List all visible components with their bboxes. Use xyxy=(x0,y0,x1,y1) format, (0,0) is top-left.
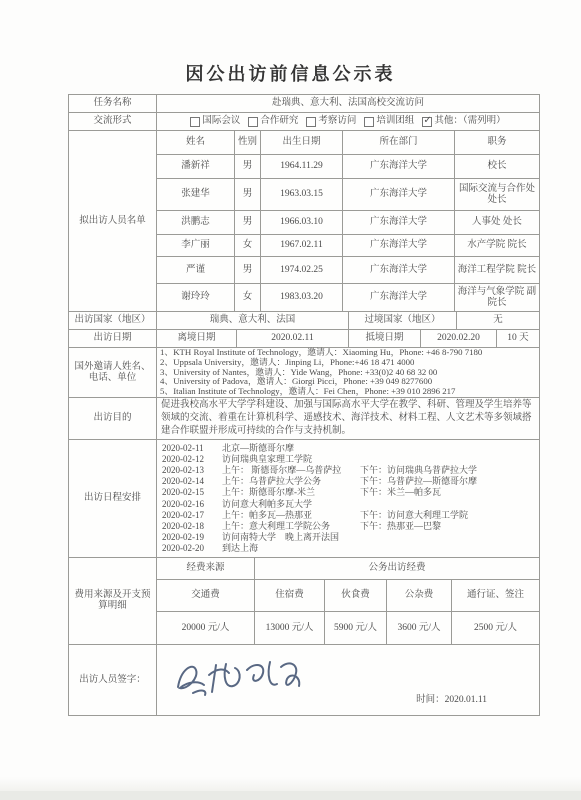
personnel-row-cell: 1964.11.29 xyxy=(261,155,343,178)
personnel-label: 拟出访人员名单 xyxy=(69,131,157,311)
personnel-row: 严谨男1974.02.25广东海洋大学海洋工程学院 院长 xyxy=(157,257,539,284)
task-name-value: 赴瑞典、意大利、法国高校交流访问 xyxy=(157,95,539,112)
countries-value: 瑞典、意大利、法国 xyxy=(157,312,349,329)
personnel-row-cell: 广东海洋大学 xyxy=(343,179,455,210)
personnel-row-cell: 国际交流与合作处 处长 xyxy=(455,179,539,210)
form-table: 任务名称 赴瑞典、意大利、法国高校交流访问 交流形式 国际会议合作研究考察访问培… xyxy=(68,94,540,716)
itinerary-line: 2020-02-15上午：斯德哥尔摩-米兰下午：米兰—帕多瓦 xyxy=(162,487,539,498)
itinerary-date: 2020-02-13 xyxy=(162,465,222,476)
arrive-date-label: 抵境日期 xyxy=(349,330,421,347)
itinerary-morning: 上午：帕多瓦—热那亚 xyxy=(222,510,312,520)
personnel-row-cell: 校长 xyxy=(455,155,539,178)
inviter-line: 5、Italian Institute of Technology，邀请人：Fe… xyxy=(160,387,536,397)
itinerary-line: 2020-02-19访问南特大学 晚上离开法国 xyxy=(162,532,539,543)
signature-time-label: 时间： xyxy=(416,695,445,705)
budget-table: 经费来源 公务出访经费 交通费住宿费伙食费公杂费通行证、签注 20000 元/人… xyxy=(157,558,539,644)
personnel-header-cell: 出生日期 xyxy=(261,131,343,154)
checkbox-icon xyxy=(190,117,200,127)
personnel-row-cell: 1983.03.20 xyxy=(261,284,343,311)
personnel-header: 姓名性别出生日期所在部门职务 xyxy=(157,131,539,155)
row-itinerary: 出访日程安排 2020-02-11北京—斯德哥尔摩2020-02-12访问瑞典皇… xyxy=(69,440,539,558)
personnel-row: 潘新祥男1964.11.29广东海洋大学校长 xyxy=(157,155,539,179)
itinerary-line: 2020-02-16访问意大利帕多瓦大学 xyxy=(162,499,539,510)
purpose-label: 出访目的 xyxy=(69,398,157,439)
budget-value-cell: 3600 元/人 xyxy=(387,612,452,644)
personnel-row-cell: 1966.03.10 xyxy=(261,211,343,234)
personnel-row: 张建华男1963.03.15广东海洋大学国际交流与合作处 处长 xyxy=(157,179,539,211)
personnel-table: 姓名性别出生日期所在部门职务潘新祥男1964.11.29广东海洋大学校长张建华男… xyxy=(157,131,539,311)
itinerary-line: 2020-02-17上午：帕多瓦—热那亚下午：访问意大利理工学院 xyxy=(162,510,539,521)
itinerary-line: 2020-02-18上午：意大利理工学院公务下午：热那亚—巴黎 xyxy=(162,521,539,532)
budget-source-row: 经费来源 公务出访经费 xyxy=(157,558,539,580)
itinerary-afternoon: 下午：访问意大利理工学院 xyxy=(360,510,468,521)
itinerary-date: 2020-02-20 xyxy=(162,543,222,554)
itinerary-date: 2020-02-19 xyxy=(162,532,222,543)
itinerary-date: 2020-02-12 xyxy=(162,454,222,465)
budget-header-cell: 公杂费 xyxy=(387,580,452,611)
itinerary-line: 2020-02-20到达上海 xyxy=(162,543,539,554)
exchange-option-label: 国际会议 xyxy=(202,116,240,127)
row-signature: 出访人员签字： 时间：2020.01.11 xyxy=(69,645,539,715)
scanned-document-page: 因公出访前信息公示表 任务名称 赴瑞典、意大利、法国高校交流访问 交流形式 国际… xyxy=(0,0,581,800)
signature-area: 时间：2020.01.11 xyxy=(157,645,539,715)
personnel-header-cell: 职务 xyxy=(455,131,539,154)
page-title: 因公出访前信息公示表 xyxy=(0,60,581,86)
personnel-row: 李广丽女1967.02.11广东海洋大学水产学院 院长 xyxy=(157,235,539,257)
row-countries: 出访国家（地区） 瑞典、意大利、法国 过境国家（地区） 无 xyxy=(69,312,539,330)
personnel-row-cell: 广东海洋大学 xyxy=(343,211,455,234)
exchange-form-label: 交流形式 xyxy=(69,113,157,130)
exchange-option: 考察访问 xyxy=(306,116,356,127)
exchange-option: 国际会议 xyxy=(190,116,240,127)
personnel-header-cell: 所在部门 xyxy=(343,131,455,154)
exchange-option-label: 培训团组 xyxy=(376,116,414,127)
personnel-row-cell: 张建华 xyxy=(157,179,235,210)
budget-value-cell: 13000 元/人 xyxy=(255,612,325,644)
purpose-text: 促进我校高水平大学学科建设、加强与国际高水平大学在教学、科研、管理及学生培养等领… xyxy=(157,398,539,439)
personnel-row-cell: 水产学院 院长 xyxy=(455,235,539,256)
itinerary-date: 2020-02-18 xyxy=(162,521,222,532)
personnel-row-cell: 严谨 xyxy=(157,257,235,283)
depart-date-label: 离境日期 xyxy=(157,330,237,347)
itinerary-morning: 上午：意大利理工学院公务 xyxy=(222,521,330,531)
row-purpose: 出访目的 促进我校高水平大学学科建设、加强与国际高水平大学在教学、科研、管理及学… xyxy=(69,398,539,440)
personnel-row-cell: 广东海洋大学 xyxy=(343,235,455,256)
personnel-row-cell: 男 xyxy=(235,211,261,234)
itinerary-morning: 访问南特大学 晚上离开法国 xyxy=(222,532,339,542)
countries-label: 出访国家（地区） xyxy=(69,312,157,329)
itinerary-date: 2020-02-15 xyxy=(162,487,222,498)
depart-date-value: 2020.02.11 xyxy=(237,330,349,347)
personnel-row-cell: 海洋工程学院 院长 xyxy=(455,257,539,283)
personnel-row-cell: 潘新祥 xyxy=(157,155,235,178)
itinerary-afternoon: 下午：乌普萨拉—斯德哥尔摩 xyxy=(360,476,477,487)
itinerary-morning: 到达上海 xyxy=(222,543,258,553)
personnel-row: 洪鹏志男1966.03.10广东海洋大学人事处 处长 xyxy=(157,211,539,235)
budget-source-label: 经费来源 xyxy=(157,558,255,579)
budget-header-row: 交通费住宿费伙食费公杂费通行证、签注 xyxy=(157,580,539,612)
transit-countries-label: 过境国家（地区） xyxy=(349,312,457,329)
exchange-option-label: 合作研究 xyxy=(260,116,298,127)
transit-countries-value: 无 xyxy=(457,312,539,329)
itinerary-morning: 访问意大利帕多瓦大学 xyxy=(222,499,312,509)
arrive-date-value: 2020.02.20 xyxy=(421,330,497,347)
row-dates: 出访日期 离境日期 2020.02.11 抵境日期 2020.02.20 10 … xyxy=(69,330,539,348)
personnel-row-cell: 洪鹏志 xyxy=(157,211,235,234)
itinerary-line: 2020-02-11北京—斯德哥尔摩 xyxy=(162,443,539,454)
exchange-form-options: 国际会议合作研究考察访问培训团组其他：（需列明） xyxy=(157,113,539,130)
checkbox-checked-icon xyxy=(422,117,432,127)
itinerary-afternoon: 下午：访问瑞典乌普萨拉大学 xyxy=(360,465,477,476)
checkbox-icon xyxy=(364,117,374,127)
itinerary-date: 2020-02-16 xyxy=(162,499,222,510)
itinerary-morning: 北京—斯德哥尔摩 xyxy=(222,443,294,453)
exchange-option: 其他：（需列明） xyxy=(422,116,505,127)
checkbox-icon xyxy=(248,117,258,127)
itinerary-morning: 上午： 斯德哥尔摩—乌普萨拉 xyxy=(222,465,341,475)
personnel-row-cell: 男 xyxy=(235,179,261,210)
personnel-row-cell: 女 xyxy=(235,235,261,256)
personnel-row-cell: 1963.03.15 xyxy=(261,179,343,210)
itinerary-label: 出访日程安排 xyxy=(69,440,157,557)
personnel-row-cell: 广东海洋大学 xyxy=(343,257,455,283)
budget-header-cell: 通行证、签注 xyxy=(452,580,539,611)
signature-label: 出访人员签字： xyxy=(69,645,157,715)
itinerary-line: 2020-02-14上午：乌普萨拉大学公务下午：乌普萨拉—斯德哥尔摩 xyxy=(162,476,539,487)
exchange-option: 合作研究 xyxy=(248,116,298,127)
budget-source-value: 公务出访经费 xyxy=(255,558,539,579)
dates-label: 出访日期 xyxy=(69,330,157,347)
handwritten-signature xyxy=(171,655,321,703)
personnel-row-cell: 李广丽 xyxy=(157,235,235,256)
row-budget: 费用来源及开支预算明细 经费来源 公务出访经费 交通费住宿费伙食费公杂费通行证、… xyxy=(69,558,539,645)
personnel-row-cell: 广东海洋大学 xyxy=(343,155,455,178)
personnel-row-cell: 谢玲玲 xyxy=(157,284,235,311)
checkbox-icon xyxy=(306,117,316,127)
exchange-option-label: 考察访问 xyxy=(318,116,356,127)
scan-bottom-edge xyxy=(0,791,581,800)
personnel-row: 谢玲玲女1983.03.20广东海洋大学海洋与气象学院 副院长 xyxy=(157,284,539,311)
personnel-row-cell: 1974.02.25 xyxy=(261,257,343,283)
row-personnel: 拟出访人员名单 姓名性别出生日期所在部门职务潘新祥男1964.11.29广东海洋… xyxy=(69,131,539,312)
budget-value-cell: 20000 元/人 xyxy=(157,612,255,644)
itinerary-date: 2020-02-11 xyxy=(162,443,222,454)
personnel-row-cell: 男 xyxy=(235,155,261,178)
itinerary-afternoon: 下午：热那亚—巴黎 xyxy=(360,521,441,532)
row-exchange-form: 交流形式 国际会议合作研究考察访问培训团组其他：（需列明） xyxy=(69,113,539,131)
budget-label: 费用来源及开支预算明细 xyxy=(69,558,157,644)
row-inviters: 国外邀请人姓名、电话、单位 1、KTH Royal Institute of T… xyxy=(69,348,539,398)
personnel-header-cell: 姓名 xyxy=(157,131,235,154)
itinerary-morning: 上午：乌普萨拉大学公务 xyxy=(222,476,321,486)
personnel-row-cell: 1967.02.11 xyxy=(261,235,343,256)
row-task-name: 任务名称 赴瑞典、意大利、法国高校交流访问 xyxy=(69,95,539,113)
exchange-option-label: 其他：（需列明） xyxy=(434,116,505,127)
budget-value-row: 20000 元/人13000 元/人5900 元/人3600 元/人2500 元… xyxy=(157,612,539,644)
itinerary-afternoon: 下午：米兰—帕多瓦 xyxy=(360,487,441,498)
personnel-row-cell: 海洋与气象学院 副院长 xyxy=(455,284,539,311)
itinerary-morning: 上午：斯德哥尔摩-米兰 xyxy=(222,487,315,497)
personnel-row-cell: 广东海洋大学 xyxy=(343,284,455,311)
itinerary-morning: 访问瑞典皇家理工学院 xyxy=(222,454,312,464)
personnel-row-cell: 女 xyxy=(235,284,261,311)
budget-header-cell: 交通费 xyxy=(157,580,255,611)
budget-header-cell: 伙食费 xyxy=(325,580,387,611)
itinerary-line: 2020-02-12访问瑞典皇家理工学院 xyxy=(162,454,539,465)
itinerary-date: 2020-02-14 xyxy=(162,476,222,487)
task-name-label: 任务名称 xyxy=(69,95,157,112)
itinerary-date: 2020-02-17 xyxy=(162,510,222,521)
budget-value-cell: 2500 元/人 xyxy=(452,612,539,644)
personnel-header-cell: 性别 xyxy=(235,131,261,154)
signature-time: 时间：2020.01.11 xyxy=(416,695,487,706)
inviters-label: 国外邀请人姓名、电话、单位 xyxy=(69,348,157,397)
personnel-row-cell: 男 xyxy=(235,257,261,283)
inviters-list: 1、KTH Royal Institute of Technology，邀请人：… xyxy=(157,348,539,397)
exchange-option: 培训团组 xyxy=(364,116,414,127)
trip-duration: 10 天 xyxy=(497,330,539,347)
budget-value-cell: 5900 元/人 xyxy=(325,612,387,644)
budget-header-cell: 住宿费 xyxy=(255,580,325,611)
signature-time-value: 2020.01.11 xyxy=(445,695,487,705)
itinerary-line: 2020-02-13上午： 斯德哥尔摩—乌普萨拉下午：访问瑞典乌普萨拉大学 xyxy=(162,465,539,476)
scan-shade xyxy=(0,777,581,791)
itinerary-list: 2020-02-11北京—斯德哥尔摩2020-02-12访问瑞典皇家理工学院20… xyxy=(157,440,539,557)
personnel-row-cell: 人事处 处长 xyxy=(455,211,539,234)
